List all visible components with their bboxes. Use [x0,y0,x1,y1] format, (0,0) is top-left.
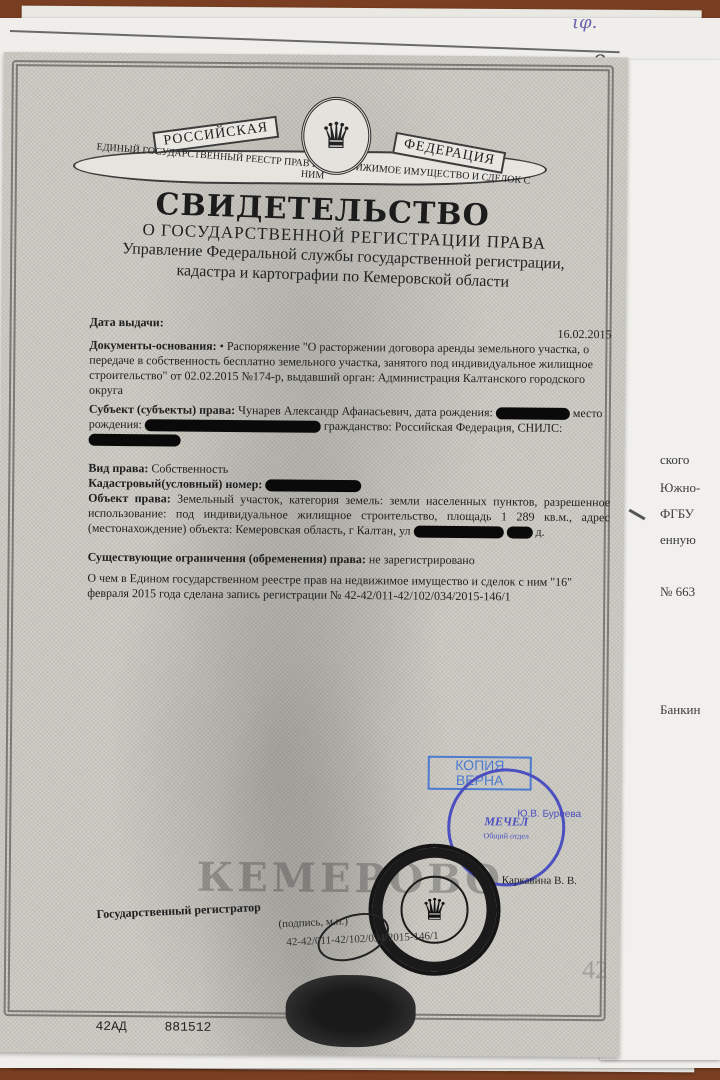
issue-date-value: 16.02.2015 [557,327,611,342]
coat-of-arms-icon: ♛ [301,97,372,176]
issue-date-label: Дата выдачи: [90,315,164,330]
object-row: Объект права: Земельный участок, категор… [88,491,610,541]
restrictions-row: Существующие ограничения (обременения) п… [88,550,610,570]
issue-date-row: Дата выдачи: 16.02.2015 [90,315,612,335]
stamp-department: Общий отдел [483,831,529,840]
serial-series: 42АД [95,1019,126,1034]
cadastral-label: Кадастровый(условный) номер: [88,476,262,492]
basis-label: Документы-основания: [89,338,216,353]
page-mark: 42 [582,955,608,985]
subject-row: Субъект (субъекты) права: Чунарев Алекса… [89,402,611,452]
record-row: О чем в Едином государственном реестре п… [87,571,609,606]
serial-number: 42АД 881512 [95,1019,211,1035]
side-text: ского [660,452,689,468]
side-text: Южно- [660,480,700,496]
registrar-name: Каркавина В. В. [502,874,577,887]
right-type-value: Собственность [151,461,228,476]
record-text: О чем в Едином государственном реестре п… [87,571,572,604]
restrictions-value: не зарегистрировано [369,552,475,567]
side-text: енную [660,532,696,548]
copy-initials: Ю.В. Буреева [517,809,581,821]
redaction-bar [507,527,533,539]
citizenship: гражданство: Российская Федерация, СНИЛС… [324,419,563,435]
official-seal: ♛ [368,843,501,976]
certificate-body: Дата выдачи: 16.02.2015 Документы-основа… [87,315,611,606]
side-text: ФГБУ [660,506,694,522]
redaction-bar [89,434,181,447]
object-tail: д. [536,525,545,539]
redaction-bar [265,480,361,493]
right-type-label: Вид права: [88,461,148,476]
certificate: РОССИЙСКАЯ ФЕДЕРАЦИЯ ЕДИНЫЙ ГОСУДАРСТВЕН… [0,52,628,1057]
subject-name: Чунарев Александр Афанасьевич, дата рожд… [238,403,493,419]
restrictions-label: Существующие ограничения (обременения) п… [88,550,366,566]
subject-label: Субъект (субъекты) права: [89,402,235,417]
rosette-ornament [285,974,416,1047]
redaction-bar [414,526,504,539]
redaction-bar [145,419,321,433]
side-text: № 663 [660,584,695,600]
object-label: Объект права: [88,491,171,506]
pen-note: ιφ. [572,12,597,33]
serial-digits: 881512 [164,1019,211,1034]
side-text: Банкин [660,702,700,718]
redaction-bar [496,408,570,421]
basis-row: Документы-основания: • Распоряжение "О р… [89,338,612,403]
